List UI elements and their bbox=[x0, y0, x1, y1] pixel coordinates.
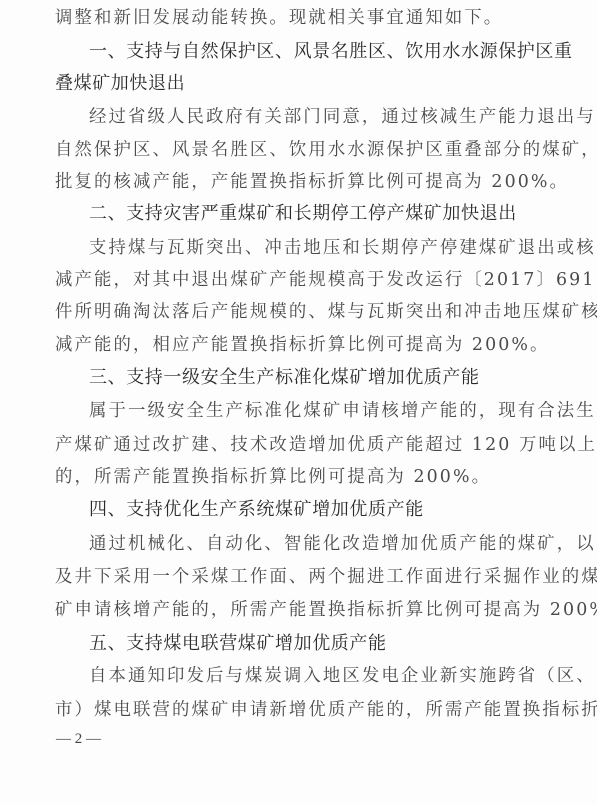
body-line-intro: 调整和新旧发展动能转换。现就相关事宜通知如下。 bbox=[55, 7, 537, 29]
section-heading-2: 二、支持灾害严重煤矿和长期停工停产煤矿加快退出 bbox=[89, 203, 537, 225]
section-4-paragraph-line: 通过机械化、自动化、智能化改造增加优质产能的煤矿，以 bbox=[89, 533, 537, 555]
section-1-paragraph-line: 自然保护区、风景名胜区、饮用水水源保护区重叠部分的煤矿， bbox=[55, 139, 537, 161]
section-heading-4: 四、支持优化生产系统煤矿增加优质产能 bbox=[89, 499, 537, 521]
section-heading-1-cont: 叠煤矿加快退出 bbox=[55, 73, 537, 95]
page-number: — 2 — bbox=[56, 731, 101, 748]
section-1-paragraph-line: 批复的核减产能，产能置换指标折算比例可提高为 200%。 bbox=[55, 171, 537, 193]
document-page: 调整和新旧发展动能转换。现就相关事宜通知如下。 一、支持与自然保护区、风景名胜区… bbox=[0, 0, 597, 804]
section-3-paragraph-line: 产煤矿通过改扩建、技术改造增加优质产能超过 120 万吨以上 bbox=[55, 434, 537, 456]
section-4-paragraph-line: 及井下采用一个采煤工作面、两个掘进工作面进行采掘作业的煤 bbox=[55, 566, 537, 588]
section-heading-5: 五、支持煤电联营煤矿增加优质产能 bbox=[89, 633, 537, 655]
section-3-paragraph-line: 的，所需产能置换指标折算比例可提高为 200%。 bbox=[55, 466, 537, 488]
section-heading-1: 一、支持与自然保护区、风景名胜区、饮用水水源保护区重 bbox=[89, 41, 537, 63]
section-2-paragraph-line: 支持煤与瓦斯突出、冲击地压和长期停产停建煤矿退出或核 bbox=[89, 237, 537, 259]
section-4-paragraph-line: 矿申请核增产能的，所需产能置换指标折算比例可提高为 200%。 bbox=[55, 599, 537, 621]
section-1-paragraph-line: 经过省级人民政府有关部门同意，通过核减生产能力退出与 bbox=[89, 106, 537, 128]
section-heading-3: 三、支持一级安全生产标准化煤矿增加优质产能 bbox=[89, 367, 537, 389]
section-2-paragraph-line: 减产能的，相应产能置换指标折算比例可提高为 200%。 bbox=[55, 334, 537, 356]
section-3-paragraph-line: 属于一级安全生产标准化煤矿申请核增产能的，现有合法生 bbox=[89, 400, 537, 422]
section-2-paragraph-line: 件所明确淘汰落后产能规模的、煤与瓦斯突出和冲击地压煤矿核 bbox=[55, 301, 537, 323]
section-5-paragraph-line: 市）煤电联营的煤矿申请新增优质产能的，所需产能置换指标折 bbox=[55, 699, 537, 721]
section-2-paragraph-line: 减产能，对其中退出煤矿产能规模高于发改运行〔2017〕691 号文 bbox=[55, 269, 537, 291]
section-5-paragraph-line: 自本通知印发后与煤炭调入地区发电企业新实施跨省（区、 bbox=[89, 665, 537, 687]
